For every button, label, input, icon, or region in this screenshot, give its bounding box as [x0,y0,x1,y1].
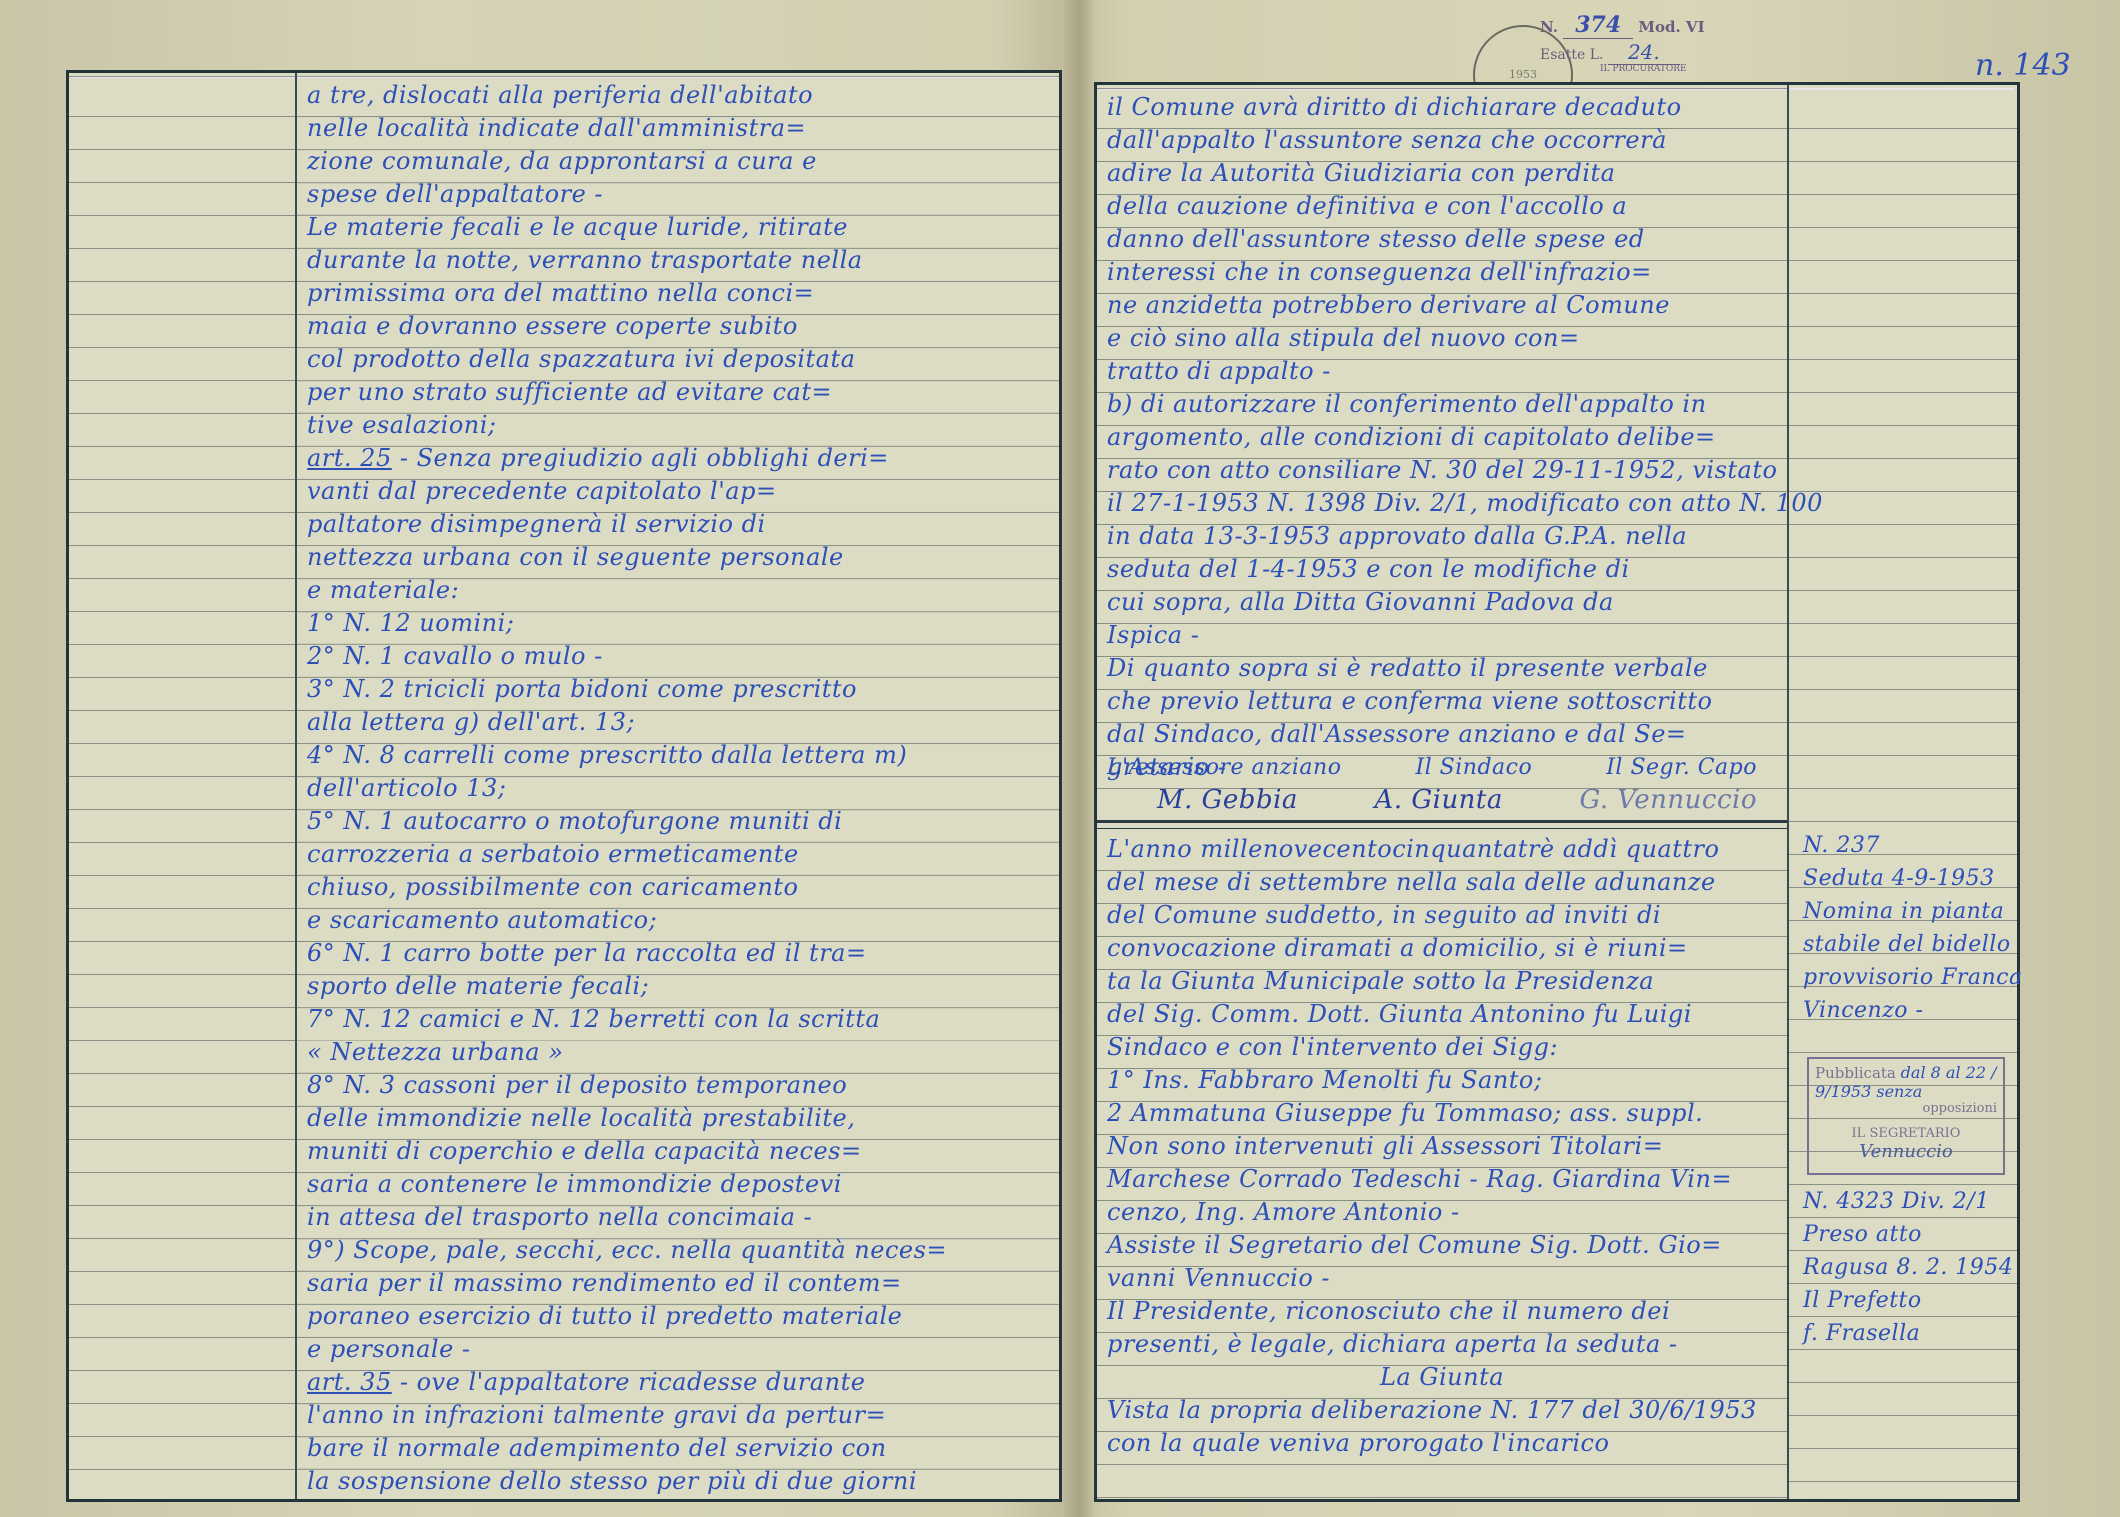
handwritten-line: vanni Vennuccio - [1107,1262,1777,1295]
stamp-officer-label: IL PROCURATORE [1600,64,1740,74]
handwritten-line: tratto di appalto - [1107,355,1777,388]
handwritten-line: 2° N. 1 cavallo o mulo - [307,640,1049,673]
handwritten-line: tive esalazioni; [307,409,1049,442]
handwritten-line: carrozzeria a serbatoio ermeticamente [307,838,1049,871]
signature-marks-row: M. Gebbia A. Giunta G. Vennuccio [1107,784,1777,817]
handwritten-line: rato con atto consiliare N. 30 del 29-11… [1107,454,1777,487]
handwritten-line: 8° N. 3 cassoni per il deposito temporan… [307,1069,1049,1102]
right-page-frame: il Comune avrà diritto di dichiarare dec… [1094,82,2020,1502]
handwritten-line: ta la Giunta Municipale sotto la Preside… [1107,965,1777,998]
article-heading: art. 35 [307,1368,392,1396]
margin-note-line: f. Frasella [1803,1317,2007,1350]
right-page-margin-column: N. 237Seduta 4-9-1953Nomina in piantasta… [1789,85,2017,1499]
handwritten-line: 4° N. 8 carrelli come prescritto dalla l… [307,739,1049,772]
left-page-frame: a tre, dislocati alla periferia dell'abi… [66,70,1062,1502]
handwritten-line: l'anno in infrazioni talmente gravi da p… [307,1399,1049,1432]
handwritten-line: convocazione diramati a domicilio, si è … [1107,932,1777,965]
right-lower-lines: L'anno millenovecentocinquantatrè addì q… [1107,833,1777,1460]
handwritten-line: sporto delle materie fecali; [307,970,1049,1003]
handwritten-line: Di quanto sopra si è redatto il presente… [1107,652,1777,685]
handwritten-line: col prodotto della spazzatura ivi deposi… [307,343,1049,376]
margin-note-prefettura: N. 4323 Div. 2/1Preso attoRagusa 8. 2. 1… [1803,1185,2007,1350]
handwritten-line: 6° N. 1 carro botte per la raccolta ed i… [307,937,1049,970]
handwritten-line: la sospensione dello stesso per più di d… [307,1465,1049,1498]
margin-note-seduta: N. 237Seduta 4-9-1953Nomina in piantasta… [1803,829,2007,1027]
handwritten-line: 2 Ammatuna Giuseppe fu Tommaso; ass. sup… [1107,1097,1777,1130]
handwritten-line: 5° N. 1 autocarro o motofurgone muniti d… [307,805,1049,838]
left-page-text-column: a tre, dislocati alla periferia dell'abi… [297,73,1059,1499]
open-register-book: a tre, dislocati alla periferia dell'abi… [0,0,2120,1517]
handwritten-line: poraneo esercizio di tutto il predetto m… [307,1300,1049,1333]
handwritten-line: saria per il massimo rendimento ed il co… [307,1267,1049,1300]
handwritten-line: bare il normale adempimento del servizio… [307,1432,1049,1465]
handwritten-line: muniti di coperchio e della capacità nec… [307,1135,1049,1168]
handwritten-line: interessi che in conseguenza dell'infraz… [1107,256,1777,289]
handwritten-line: art. 25 - Senza pregiudizio agli obbligh… [307,442,1049,475]
handwritten-line: alla lettera g) dell'art. 13; [307,706,1049,739]
handwritten-line: del mese di settembre nella sala delle a… [1107,866,1777,899]
pub-stamp-signature: Vennuccio [1815,1141,1997,1162]
margin-note-line: stabile del bidello [1803,928,2007,961]
handwritten-line: spese dell'appaltatore - [307,178,1049,211]
margin-note-line: Seduta 4-9-1953 [1803,862,2007,895]
handwritten-line: cui sopra, alla Ditta Giovanni Padova da [1107,586,1777,619]
handwritten-line: « Nettezza urbana » [307,1036,1049,1069]
margin-note-line: N. 4323 Div. 2/1 [1803,1185,2007,1218]
handwritten-line: e materiale: [307,574,1049,607]
signature-label-assessore: L'Assessore anziano [1107,751,1341,784]
handwritten-line: art. 35 - ove l'appaltatore ricadesse du… [307,1366,1049,1399]
handwritten-line: e scaricamento automatico; [307,904,1049,937]
left-page-margin-column [69,73,297,1499]
handwritten-line: adire la Autorità Giudiziaria con perdit… [1107,157,1777,190]
left-page-lines: a tre, dislocati alla periferia dell'abi… [307,79,1049,1498]
page-number: n. 143 [1975,48,2071,83]
handwritten-line: durante la notte, verranno trasportate n… [307,244,1049,277]
signature-segretario: G. Vennuccio [1580,784,1757,817]
handwritten-line: danno dell'assuntore stesso delle spese … [1107,223,1777,256]
signature-assessore: M. Gebbia [1157,784,1298,817]
handwritten-line: seduta del 1-4-1953 e con le modifiche d… [1107,553,1777,586]
handwritten-line: chiuso, possibilmente con caricamento [307,871,1049,904]
handwritten-line: e personale - [307,1333,1049,1366]
handwritten-line: dal Sindaco, dall'Assessore anziano e da… [1107,718,1777,751]
handwritten-line: maia e dovranno essere coperte subito [307,310,1049,343]
handwritten-line: primissima ora del mattino nella conci= [307,277,1049,310]
margin-note-line: N. 237 [1803,829,2007,862]
handwritten-line: che previo lettura e conferma viene sott… [1107,685,1777,718]
right-upper-lines: il Comune avrà diritto di dichiarare dec… [1107,91,1777,784]
handwritten-line: nettezza urbana con il seguente personal… [307,541,1049,574]
handwritten-line: a tre, dislocati alla periferia dell'abi… [307,79,1049,112]
handwritten-line: 9°) Scope, pale, secchi, ecc. nella quan… [307,1234,1049,1267]
handwritten-line: della cauzione definitiva e con l'accoll… [1107,190,1777,223]
handwritten-line: Assiste il Segretario del Comune Sig. Do… [1107,1229,1777,1262]
round-stamp-date: 1953 [1509,68,1537,82]
signature-label-segretario: Il Segr. Capo [1606,751,1757,784]
signature-labels-row: L'Assessore anziano Il Sindaco Il Segr. … [1107,751,1777,784]
stamp-number-value: 374 [1563,12,1633,39]
margin-note-line: provvisorio Franca [1803,961,2007,994]
article-heading: art. 25 [307,444,392,472]
handwritten-line: presenti, è legale, dichiara aperta la s… [1107,1328,1777,1361]
handwritten-line: delle immondizie nelle località prestabi… [307,1102,1049,1135]
stamp-fee-label: Esatte L. [1540,47,1604,63]
handwritten-line: zione comunale, da approntarsi a cura e [307,145,1049,178]
handwritten-line: paltatore disimpegnerà il servizio di [307,508,1049,541]
handwritten-line: Sindaco e con l'intervento dei Sigg: [1107,1031,1777,1064]
handwritten-line: Le materie fecali e le acque luride, rit… [307,211,1049,244]
handwritten-line: il Comune avrà diritto di dichiarare dec… [1107,91,1777,124]
stamp-fee-value: 24. [1608,40,1680,65]
right-page-text-column: il Comune avrà diritto di dichiarare dec… [1097,85,1789,1499]
handwritten-line: Vista la propria deliberazione N. 177 de… [1107,1394,1777,1427]
pub-stamp-label: Pubblicata [1815,1064,1896,1082]
handwritten-line: argomento, alle condizioni di capitolato… [1107,421,1777,454]
handwritten-line: in attesa del trasporto nella concimaia … [307,1201,1049,1234]
margin-note-line: Preso atto [1803,1218,2007,1251]
margin-note-line: Il Prefetto [1803,1284,2007,1317]
handwritten-line: Marchese Corrado Tedeschi - Rag. Giardin… [1107,1163,1777,1196]
lower-entry-area: L'anno millenovecentocinquantatrè addì q… [1097,827,1787,1499]
handwritten-line: ne anzidetta potrebbero derivare al Comu… [1107,289,1777,322]
signature-block: L'Assessore anziano Il Sindaco Il Segr. … [1107,751,1777,817]
handwritten-line: Il Presidente, riconosciuto che il numer… [1107,1295,1777,1328]
handwritten-line: b) di autorizzare il conferimento dell'a… [1107,388,1777,421]
handwritten-line: Non sono intervenuti gli Assessori Titol… [1107,1130,1777,1163]
handwritten-line: per uno strato sufficiente ad evitare ca… [307,376,1049,409]
handwritten-line: 3° N. 2 tricicli porta bidoni come presc… [307,673,1049,706]
handwritten-line: La Giunta [1107,1361,1777,1394]
handwritten-line: del Sig. Comm. Dott. Giunta Antonino fu … [1107,998,1777,1031]
book-gutter [1062,0,1096,1517]
margin-note-line: Vincenzo - [1803,994,2007,1027]
handwritten-line: saria a contenere le immondizie depostev… [307,1168,1049,1201]
handwritten-line: dell'articolo 13; [307,772,1049,805]
handwritten-line: L'anno millenovecentocinquantatrè addì q… [1107,833,1777,866]
handwritten-line: 7° N. 12 camici e N. 12 berretti con la … [307,1003,1049,1036]
signature-sindaco: A. Giunta [1375,784,1503,817]
handwritten-line: del Comune suddetto, in seguito ad invit… [1107,899,1777,932]
margin-note-line: Ragusa 8. 2. 1954 [1803,1251,2007,1284]
handwritten-line: nelle località indicate dall'amministra= [307,112,1049,145]
signature-label-sindaco: Il Sindaco [1415,751,1532,784]
pub-stamp-suffix: opposizioni [1815,1101,1997,1116]
handwritten-line: 1° Ins. Fabbraro Menolti fu Santo; [1107,1064,1777,1097]
handwritten-line: con la quale veniva prorogato l'incarico [1107,1427,1777,1460]
pub-stamp-signer-label: IL SEGRETARIO [1815,1126,1997,1141]
handwritten-line: e ciò sino alla stipula del nuovo con= [1107,322,1777,355]
handwritten-line: il 27-1-1953 N. 1398 Div. 2/1, modificat… [1107,487,1777,520]
handwritten-line: dall'appalto l'assuntore senza che occor… [1107,124,1777,157]
stamp-model-label: Mod. VI [1638,18,1704,36]
registration-stamp: N. 374 Mod. VI Esatte L. 24. IL PROCURAT… [1540,12,1740,74]
upper-entry-area: il Comune avrà diritto di dichiarare dec… [1097,85,1787,818]
handwritten-line: vanti dal precedente capitolato l'ap= [307,475,1049,508]
stamp-number-label: N. [1540,18,1558,36]
handwritten-line: cenzo, Ing. Amore Antonio - [1107,1196,1777,1229]
margin-note-line: Nomina in pianta [1803,895,2007,928]
handwritten-line: Ispica - [1107,619,1777,652]
handwritten-line: 1° N. 12 uomini; [307,607,1049,640]
handwritten-line: in data 13-3-1953 approvato dalla G.P.A.… [1107,520,1777,553]
publication-stamp: Pubblicata dal 8 al 22 / 9/1953 senza op… [1807,1057,2005,1175]
